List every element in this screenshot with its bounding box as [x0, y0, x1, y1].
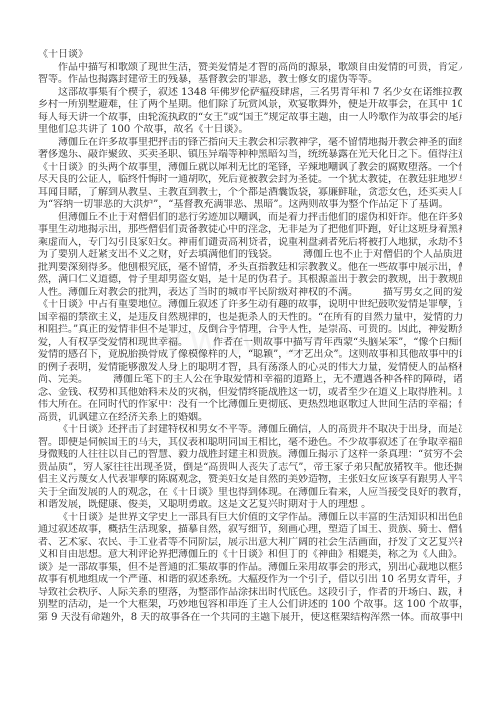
- text-line: 导致社会秩序、人际关系的堕落，为整部作品涂抹出时代底色。这段引子，作者的开场白、…: [38, 587, 462, 600]
- text-line: 《十日谈》中占有重要地位。薄伽丘叙述了许多生动有趣的故事，说明中世纪鼓吹爱情是罪…: [38, 299, 462, 312]
- text-line: 乘虚而入，专门勾引良家妇女。神甫们谴责高利贷者，说重利盘剥者死后将被打入地狱，永…: [38, 237, 462, 250]
- text-line: 通过叙述故事，概括生活现象，描摹自然，叙写细节，刻画心理，塑造了国王、贵族、骑士…: [38, 524, 462, 537]
- text-line: 高贵，讥讽建立在经济关系上的婚姻。: [38, 412, 462, 425]
- text-line: 《十日谈》是世界文学史上一部具有巨大价值的文学作品。薄伽丘以丰富的生活知识和出色…: [38, 512, 462, 525]
- text-line: 尽天良的公证人，临终忏悔时一通胡吹，死后竟被教会封为圣徒。一个犹太教徒，在教廷驻…: [38, 174, 462, 187]
- text-line: 作品中描写和歌颂了现世生活，赞美爱情是才智的高尚的源泉，歌颂自由爱情的可贵，肯定…: [38, 62, 462, 75]
- text-line: 《十日谈》还抨击了封建特权和男女不平等。薄伽丘确信，人的高贵并不取决于出身，而是…: [38, 424, 462, 437]
- text-line: 义和自由思想。意大利评论界把薄伽丘的《十日谈》和但丁的《神曲》相媲美，称之为《人…: [38, 549, 462, 562]
- text-line: 耳闻目睹，了解到从教皇、主教直到教士，个个都是酒囊饭袋，寡廉鲜耻，贪恋女色，还买…: [38, 187, 462, 200]
- text-line: 乡村一所别墅避难，住了两个星期。他们除了玩赏风景，欢宴歌舞外，便是开故事会，在其…: [38, 99, 462, 112]
- text-line: 伟大所在。在同时代的作家中：没有一个比薄伽丘更彻底、更热烈地讴歌过人世间生活的幸…: [38, 399, 462, 412]
- text-line: 然，满口仁义道德，骨子里却男盗女娼，是十足的伪君子。其根源盖出于教会的教规，出于…: [38, 274, 462, 287]
- text-line: 尚、完美。 薄伽丘笔下的主人公在争取爱情和幸福的道路上，无不遭遇各种各样的障碍，…: [38, 374, 462, 387]
- text-line: 人性。薄伽丘对教会的批判，表达了当时的城市平民阶级对神权的不满。 描写男女之间的…: [38, 287, 462, 300]
- text-line: 批判要深刻得多。他刨根究底，毫不留情，矛头直指教廷和宗教教义。他在一些故事中展示…: [38, 262, 462, 275]
- text-line: 谈》是一部故事集，但不是普通的汇集故事的作品。薄伽丘采用故事会的形式，别出心裁地…: [38, 562, 462, 575]
- document-page: 《十日谈》 作品中描写和歌颂了现世生活，赞美爱情是才智的高尚的源泉，歌颂自由爱情…: [38, 49, 462, 624]
- text-line: 这部故事集有个楔子，叙述 1348 年佛罗伦萨瘟疫肆虐，三名男青年和 7 名少女…: [38, 87, 462, 100]
- text-line: 为“容纳一切罪恶的大洪炉”，“基督教充满罪恶、黑暗”。这两则故事为整个作品定下了…: [38, 199, 462, 212]
- text-line: 别墅的活动，是一个大框架，巧妙地包容和串连了主人公们讲述的 100 个故事。这 …: [38, 599, 462, 612]
- text-line: 者、艺术家、农民、手工业者等不同阶层，展示出意大利广阔的社会生活画面，抒发了文艺…: [38, 537, 462, 550]
- text-line: 和阻拦。”真正的爱情非但不是罪过，反倒合乎情理，合乎人性，是崇高、可贵的。因此，…: [38, 324, 462, 337]
- text-line: 爱情的感召下，竟脱胎换骨成了像模像样的人，“聪颖”，“才艺出众”。这则故事和其他…: [38, 349, 462, 362]
- text-line: 每人每天讲一个故事，由轮流执政的“女王”或“国王”规定故事主题，由一人吟歌作为故…: [38, 112, 462, 125]
- text-line: 里他们总共讲了 100 个故事，故名《十日谈》。: [38, 124, 462, 137]
- text-line: 爱，人有权享受爱情和现世幸福。 作者在一则故事中描写青年西蒙“头脑呆笨”，“像个…: [38, 337, 462, 350]
- text-line: 为了要别人赶紧支出不义之财，好去填满他们的钱袋。 薄伽丘也不止于对僧侣的个人品质…: [38, 249, 462, 262]
- text-line: 第 9 天没有命题外，8 天的故事各在一个共同的主题下展开，使这框架结构浑然一体…: [38, 612, 462, 625]
- text-line: 关于全面发展的人的观念，在《十日谈》里也得到体现。在薄伽丘看来，人应当接受良好的…: [38, 487, 462, 500]
- text-line: 身微贱的人往往以自己的智慧、毅力战胜封建主和贵族。薄伽丘揭示了这样一条真理：“贫…: [38, 449, 462, 462]
- text-line: 国幸福的禁欲主义，是违反自然规律的，也是扼杀人的天性的。“在所有的自然力量中，爱…: [38, 312, 462, 325]
- text-line: 智等。作品也揭露封建帝王的残暴，基督教会的罪恶，教士修女的虚伪等等。: [38, 74, 462, 87]
- text-line: 智。即便是伺候国王的马夫，其仪表和聪明同国王相比，毫不逊色。不少故事叙述了在争取…: [38, 437, 462, 450]
- document-title: 《十日谈》: [38, 49, 462, 62]
- text-line: 奢侈逸乐、敲诈聚敛、买卖圣职、镇压异端等种种黑暗勾当，统统暴露在光天化日之下。值…: [38, 149, 462, 162]
- text-line: 故事有机地组成一个严谨、和谐的叙述系统。大瘟疫作为一个引子，借以引出 10 名男…: [38, 574, 462, 587]
- text-line: 念、金钱、权势和其他始料未及的灾祸，但爱情终能战胜这一切，或者至少在道义上取得胜…: [38, 387, 462, 400]
- text-line: 侣主义污蔑女人代表罪孽的陈腐观念，赞美妇女是自然的美妙造物，主张妇女应该享有跟男…: [38, 474, 462, 487]
- text-line: 但薄伽丘不止于对僧侣们的恶行劣迹加以嘲讽，而是着力抨击他们的虚伪和奸诈。他在许多…: [38, 212, 462, 225]
- text-line: 事里生动地揭示出，那些僧侣们责备教徒心中的淫念，无非是为了把他们吓跑，好让这班身…: [38, 224, 462, 237]
- document-body: 作品中描写和歌颂了现世生活，赞美爱情是才智的高尚的源泉，歌颂自由爱情的可贵，肯定…: [38, 62, 462, 625]
- text-line: 的例子表明，爱情能够激发人身上的聪明才智，具有荡涤人的心灵的伟大力量，爱情使人的…: [38, 362, 462, 375]
- text-line: 《十日谈》的头两个故事里，薄伽丘就以犀利无比的笔锋，辛辣地嘲讽了教会的腐败堕落。…: [38, 162, 462, 175]
- text-line: 薄伽丘在许多故事里把抨击的锋芒指向天主教会和宗教神学，毫不留情地揭开教会神圣的面…: [38, 137, 462, 150]
- text-line: 和谐发展，既健康、俊美，又聪明勇敢。这是文艺复兴时期对于人的理想 。: [38, 499, 462, 512]
- text-line: 贵品质”，穷人家往往出现圣贤，倒是“高贵叫人丧失了志气”，帝王家子弟只配放猪牧羊…: [38, 462, 462, 475]
